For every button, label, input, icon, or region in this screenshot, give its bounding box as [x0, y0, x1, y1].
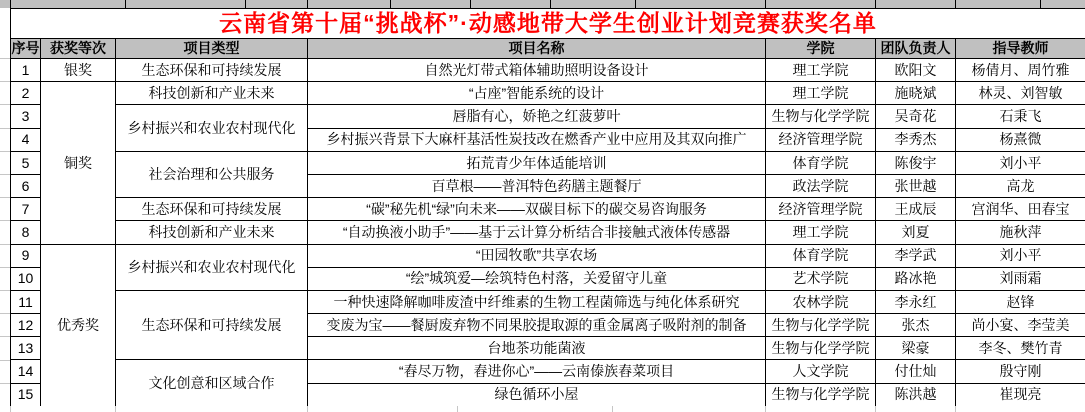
cell-college: 理工学院 — [766, 59, 876, 82]
column-header-row: 序号获奖等次项目类型项目名称学院团队负责人指导教师 — [11, 39, 1085, 59]
cell-advisors: 李冬、樊竹青 — [956, 337, 1085, 360]
cell-college: 理工学院 — [766, 82, 876, 105]
cell-advisors: 林灵、刘智敏 — [956, 82, 1085, 105]
gridline-tick — [470, 0, 471, 8]
cell-college: 经济管理学院 — [766, 198, 876, 221]
cell-team-leader: 梁豪 — [876, 337, 956, 360]
cell-team-leader: 李秀杰 — [876, 128, 956, 151]
gridline-tick — [307, 0, 308, 8]
cell-award-level: 银奖 — [41, 59, 116, 82]
cell-college: 农林学院 — [766, 290, 876, 313]
cell-advisors: 殷守刚 — [956, 360, 1085, 383]
table-row: 9优秀奖乡村振兴和农业农村现代化“田园牧歌”共享农场体育学院李学武刘小平 — [11, 244, 1085, 267]
gridline-tick — [245, 0, 246, 8]
cell-advisors: 高龙 — [956, 174, 1085, 197]
cell-college: 体育学院 — [766, 244, 876, 267]
cell-college: 艺术学院 — [766, 267, 876, 290]
cell-serial-number: 3 — [11, 105, 41, 128]
gridline-stub — [307, 406, 308, 412]
cell-college: 理工学院 — [766, 221, 876, 244]
cell-advisors: 刘雨霜 — [956, 267, 1085, 290]
cell-advisors: 尚小宴、李莹美 — [956, 314, 1085, 337]
cell-project-name: 绿色循环小屋 — [308, 383, 766, 406]
cell-serial-number: 12 — [11, 314, 41, 337]
gridline-stub — [0, 151, 10, 152]
cell-project-name: 唇脂有心，娇艳之红菠萝叶 — [308, 105, 766, 128]
cell-team-leader: 张杰 — [876, 314, 956, 337]
cell-project-name: “绘”城筑爱—绘筑特色村落，关爱留守儿童 — [308, 267, 766, 290]
gridline-stub — [0, 197, 10, 198]
cell-project-name: “碳”秘先机“绿”向未来——双碳目标下的碳交易咨询服务 — [308, 198, 766, 221]
cell-team-leader: 陈俊宇 — [876, 151, 956, 174]
cell-serial-number: 2 — [11, 82, 41, 105]
gridline-stub — [0, 128, 10, 129]
bottom-gridline-strip — [0, 406, 1085, 412]
cell-advisors: 刘小平 — [956, 151, 1085, 174]
cell-serial-number: 5 — [11, 151, 41, 174]
gridline-stub — [765, 406, 766, 412]
cell-project-name: “舂尽万物，舂进你心”——云南傣族舂菜项目 — [308, 360, 766, 383]
column-header-serial-number: 序号 — [11, 39, 41, 59]
cell-team-leader: 欧阳文 — [876, 59, 956, 82]
cell-project-name: “自动换液小助手”——基于云计算分析结合非接触式液体传感器 — [308, 221, 766, 244]
cell-project-type: 生态环保和可持续发展 — [116, 290, 308, 360]
cell-team-leader: 张世越 — [876, 174, 956, 197]
top-gridline-strip — [0, 0, 1085, 8]
cell-project-name: 拓荒青少年体适能培训 — [308, 151, 766, 174]
gridline-tick — [955, 0, 956, 8]
cell-project-type: 社会治理和公共服务 — [116, 151, 308, 197]
gridline-stub — [875, 406, 876, 412]
gridline-tick — [875, 0, 876, 8]
column-header-project-name: 项目名称 — [308, 39, 766, 59]
cell-serial-number: 13 — [11, 337, 41, 360]
cell-advisors: 赵锋 — [956, 290, 1085, 313]
cell-project-name: 自然光灯带式箱体辅助照明设备设计 — [308, 59, 766, 82]
cell-serial-number: 6 — [11, 174, 41, 197]
gridline-stub — [0, 244, 10, 245]
table-row: 3乡村振兴和农业农村现代化唇脂有心，娇艳之红菠萝叶生物与化学学院吴奇花石秉飞 — [11, 105, 1085, 128]
cell-project-name: 一种快速降解咖啡废渣中纤维素的生物工程菌筛选与纯化体系研究 — [308, 290, 766, 313]
gridline-stub — [0, 220, 10, 221]
cell-team-leader: 李永红 — [876, 290, 956, 313]
cell-project-type: 生态环保和可持续发展 — [116, 59, 308, 82]
cell-award-level: 铜奖 — [41, 82, 116, 244]
gridline-tick — [125, 0, 126, 8]
gridline-tick — [635, 0, 636, 8]
cell-advisors: 施秋萍 — [956, 221, 1085, 244]
gridline-tick — [550, 0, 551, 8]
cell-project-type: 科技创新和产业未来 — [116, 221, 308, 244]
cell-project-name: 百草根——普洱特色药膳主题餐厅 — [308, 174, 766, 197]
column-header-award-level: 获奖等次 — [41, 39, 116, 59]
gridline-stub — [0, 267, 10, 268]
cell-team-leader: 李学武 — [876, 244, 956, 267]
cell-serial-number: 14 — [11, 360, 41, 383]
gridline-stub — [10, 406, 11, 412]
cell-project-type: 乡村振兴和农业农村现代化 — [116, 105, 308, 151]
cell-team-leader: 王成辰 — [876, 198, 956, 221]
cell-project-type: 文化创意和区域合作 — [116, 360, 308, 406]
cell-project-name: 乡村振兴背景下大麻杆基活性炭技改在燃香产业中应用及其双向推广 — [308, 128, 766, 151]
cell-project-type: 生态环保和可持续发展 — [116, 198, 308, 221]
gridline-stub — [612, 406, 613, 412]
award-list-page: 云南省第十届“挑战杯”·动感地带大学生创业计划竞赛获奖名单 序号获奖等次项目类型… — [0, 0, 1085, 412]
cell-serial-number: 7 — [11, 198, 41, 221]
gridline-stub — [457, 406, 458, 412]
cell-college: 生物与化学学院 — [766, 105, 876, 128]
gridline-tick — [1040, 0, 1041, 8]
cell-serial-number: 11 — [11, 290, 41, 313]
cell-serial-number: 4 — [11, 128, 41, 151]
column-header-project-type: 项目类型 — [116, 39, 308, 59]
table-row: 5社会治理和公共服务拓荒青少年体适能培训体育学院陈俊宇刘小平 — [11, 151, 1085, 174]
cell-advisors: 崔现亮 — [956, 383, 1085, 406]
left-gridline-strip — [0, 8, 10, 406]
cell-advisors: 石秉飞 — [956, 105, 1085, 128]
cell-project-name: “田园牧歌”共享农场 — [308, 244, 766, 267]
gridline-stub — [0, 336, 10, 337]
cell-college: 经济管理学院 — [766, 128, 876, 151]
cell-college: 政法学院 — [766, 174, 876, 197]
gridline-stub — [0, 360, 10, 361]
column-header-team-leader: 团队负责人 — [876, 39, 956, 59]
cell-project-type: 科技创新和产业未来 — [116, 82, 308, 105]
cell-serial-number: 10 — [11, 267, 41, 290]
cell-advisors: 宫润华、田春宝 — [956, 198, 1085, 221]
cell-serial-number: 1 — [11, 59, 41, 82]
cell-team-leader: 刘夏 — [876, 221, 956, 244]
cell-college: 生物与化学学院 — [766, 337, 876, 360]
gridline-stub — [0, 81, 10, 82]
cell-project-name: 变废为宝——餐厨废弃物不同果胶提取源的重金属离子吸附剂的制备 — [308, 314, 766, 337]
gridline-tick — [390, 0, 391, 8]
gridline-stub — [115, 406, 116, 412]
cell-serial-number: 9 — [11, 244, 41, 267]
table-row: 7生态环保和可持续发展“碳”秘先机“绿”向未来——双碳目标下的碳交易咨询服务经济… — [11, 198, 1085, 221]
page-title: 云南省第十届“挑战杯”·动感地带大学生创业计划竞赛获奖名单 — [11, 9, 1085, 39]
cell-team-leader: 陈洪越 — [876, 383, 956, 406]
cell-team-leader: 吴奇花 — [876, 105, 956, 128]
cell-project-name: 台地茶功能菌液 — [308, 337, 766, 360]
gridline-stub — [0, 313, 10, 314]
cell-serial-number: 8 — [11, 221, 41, 244]
gridline-stub — [0, 58, 10, 59]
cell-advisors: 刘小平 — [956, 244, 1085, 267]
table-row: 14文化创意和区域合作“舂尽万物，舂进你心”——云南傣族舂菜项目人文学院付仕灿殷… — [11, 360, 1085, 383]
title-row: 云南省第十届“挑战杯”·动感地带大学生创业计划竞赛获奖名单 — [11, 9, 1085, 39]
table-row: 11生态环保和可持续发展一种快速降解咖啡废渣中纤维素的生物工程菌筛选与纯化体系研… — [11, 290, 1085, 313]
gridline-stub — [955, 406, 956, 412]
table-row: 2铜奖科技创新和产业未来“占座”智能系统的设计理工学院施晓斌林灵、刘智敏 — [11, 82, 1085, 105]
cell-advisors: 杨熹微 — [956, 128, 1085, 151]
gridline-stub — [0, 104, 10, 105]
gridline-tick — [10, 0, 11, 8]
cell-award-level: 优秀奖 — [41, 244, 116, 406]
table-row: 1银奖生态环保和可持续发展自然光灯带式箱体辅助照明设备设计理工学院欧阳文杨倩月、… — [11, 59, 1085, 82]
cell-team-leader: 施晓斌 — [876, 82, 956, 105]
cell-college: 人文学院 — [766, 360, 876, 383]
gridline-stub — [0, 383, 10, 384]
column-header-college: 学院 — [766, 39, 876, 59]
cell-team-leader: 路冰艳 — [876, 267, 956, 290]
cell-college: 生物与化学学院 — [766, 314, 876, 337]
cell-serial-number: 15 — [11, 383, 41, 406]
gridline-tick — [765, 0, 766, 8]
table-row: 8科技创新和产业未来“自动换液小助手”——基于云计算分析结合非接触式液体传感器理… — [11, 221, 1085, 244]
cell-project-name: “占座”智能系统的设计 — [308, 82, 766, 105]
cell-team-leader: 付仕灿 — [876, 360, 956, 383]
gridline-stub — [0, 290, 10, 291]
gridline-stub — [0, 174, 10, 175]
cell-college: 生物与化学学院 — [766, 383, 876, 406]
cell-advisors: 杨倩月、周竹雅 — [956, 59, 1085, 82]
column-header-advisors: 指导教师 — [956, 39, 1085, 59]
cell-project-type: 乡村振兴和农业农村现代化 — [116, 244, 308, 290]
award-table: 云南省第十届“挑战杯”·动感地带大学生创业计划竞赛获奖名单 序号获奖等次项目类型… — [10, 8, 1085, 407]
cell-college: 体育学院 — [766, 151, 876, 174]
